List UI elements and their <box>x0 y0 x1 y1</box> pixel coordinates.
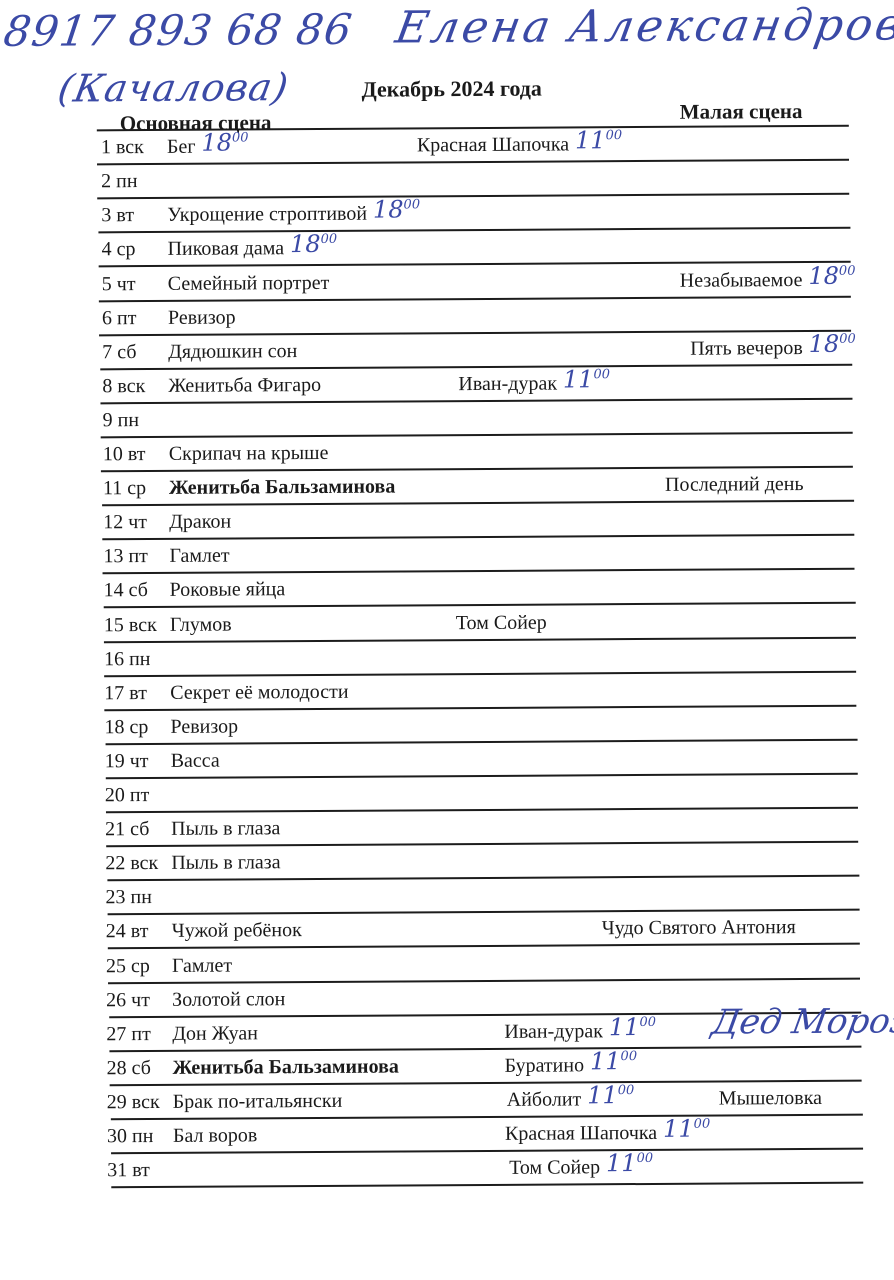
handwritten-maiden-name: (Качалова) <box>55 65 292 110</box>
day-label: 15 вск <box>104 613 157 636</box>
table-row: 22 вскПыль в глаза <box>105 843 865 878</box>
handwritten-time: 1800 <box>808 261 855 289</box>
main-stage-show: Ревизор <box>168 306 236 329</box>
handwritten-name: Елена Александровна <box>392 0 894 54</box>
main-stage-show: Бег1800 <box>167 130 249 158</box>
day-label: 13 пт <box>103 545 148 568</box>
handwritten-time: 1100 <box>609 1013 656 1041</box>
handwritten-time: 1100 <box>575 126 622 154</box>
day-label: 12 чт <box>103 511 147 534</box>
table-row: 30 пнБал воровКрасная Шапочка1100 <box>107 1116 867 1151</box>
small-stage-show: Иван-дурак1100 <box>504 1015 656 1044</box>
main-stage-show: Чужой ребёнок <box>172 919 302 943</box>
table-row: 20 пт <box>105 775 865 810</box>
small-stage-show-extra: Мышеловка <box>719 1087 822 1111</box>
day-label: 11 ср <box>103 477 146 500</box>
table-row: 11 срЖенитьба БальзаминоваПоследний день <box>103 468 863 503</box>
table-row: 1 вскБег1800Красная Шапочка1100 <box>101 127 861 162</box>
table-row: 21 сбПыль в глаза <box>105 809 865 844</box>
day-label: 8 вск <box>102 375 145 398</box>
day-label: 27 пт <box>106 1023 151 1046</box>
main-stage-show: Брак по-итальянски <box>173 1090 343 1114</box>
table-row: 4 срПиковая дама1800 <box>101 229 861 264</box>
main-stage-show: Гамлет <box>169 545 229 568</box>
table-row: 19 чтВасса <box>105 741 865 776</box>
table-row: 9 пн <box>102 400 862 435</box>
table-row: 24 втЧужой ребёнокЧудо Святого Антония <box>106 911 866 946</box>
day-label: 29 вск <box>107 1091 160 1114</box>
handwritten-time: 1800 <box>201 128 248 156</box>
handwritten-phone: 8917 893 68 86 <box>1 5 356 56</box>
small-stage-show: Красная Шапочка1100 <box>505 1117 710 1146</box>
day-label: 4 ср <box>101 238 135 261</box>
day-label: 23 пн <box>105 886 152 909</box>
handwritten-time: 1100 <box>587 1081 634 1109</box>
day-label: 20 пт <box>105 784 150 807</box>
main-stage-show: Ревизор <box>170 715 238 738</box>
table-row: 7 сбДядюшкин сонПять вечеров1800 <box>102 331 862 366</box>
handwritten-time: 1100 <box>590 1047 637 1075</box>
day-label: 9 пн <box>103 409 140 432</box>
day-label: 30 пн <box>107 1125 154 1148</box>
table-row: 8 вскЖенитьба ФигароИван-дурак1100 <box>102 365 862 400</box>
small-stage-show: Красная Шапочка1100 <box>417 128 622 157</box>
main-stage-show: Укрощение строптивой1800 <box>167 198 420 228</box>
day-label: 26 чт <box>106 989 150 1012</box>
table-row: 10 втСкрипач на крыше <box>103 434 863 469</box>
table-row: 28 сбЖенитьба БальзаминоваБуратино1100 <box>106 1047 866 1082</box>
day-label: 6 пт <box>102 307 137 330</box>
main-stage-show: Семейный портрет <box>168 271 330 295</box>
column-header-small-stage: Малая сцена <box>680 99 803 125</box>
handwritten-note: Дед Мороз <box>709 1001 894 1042</box>
day-label: 2 пн <box>101 170 138 193</box>
table-row: 3 втУкрощение строптивой1800 <box>101 195 861 230</box>
main-stage-show: Дон Жуан <box>172 1022 258 1046</box>
main-stage-show: Пыль в глаза <box>171 817 280 841</box>
schedule-sheet: 8917 893 68 86 Елена Александровна (Кача… <box>0 0 894 1280</box>
main-stage-show: Секрет её молодости <box>170 680 348 704</box>
main-stage-show: Скрипач на крыше <box>169 442 329 466</box>
main-stage-show: Роковые яйца <box>170 579 286 603</box>
handwritten-time: 1800 <box>809 329 856 357</box>
day-label: 16 пн <box>104 648 151 671</box>
day-label: 10 вт <box>103 443 146 466</box>
day-label: 1 вск <box>101 136 144 159</box>
small-stage-show: Иван-дурак1100 <box>458 367 610 396</box>
small-stage-show: Айболит1100 <box>507 1083 635 1112</box>
main-stage-show: Бал воров <box>173 1124 257 1148</box>
main-stage-show: Женитьба Бальзаминова <box>169 476 395 500</box>
small-stage-show: Последний день <box>665 473 804 497</box>
handwritten-time: 1800 <box>290 230 337 258</box>
day-label: 18 ср <box>104 716 148 739</box>
small-stage-show: Том Сойер <box>456 611 547 635</box>
day-label: 3 вт <box>101 204 134 227</box>
main-stage-show: Пыль в глаза <box>171 851 280 875</box>
main-stage-show: Дракон <box>169 511 231 534</box>
day-label: 25 ср <box>106 955 150 978</box>
small-stage-show: Пять вечеров1800 <box>690 331 856 360</box>
day-label: 28 сб <box>106 1057 150 1080</box>
table-row: 23 пн <box>105 877 865 912</box>
main-stage-show: Васса <box>171 749 220 772</box>
day-label: 22 вск <box>105 852 158 875</box>
day-label: 14 сб <box>104 579 148 602</box>
handwritten-time: 1100 <box>663 1115 710 1143</box>
main-stage-show: Дядюшкин сон <box>168 340 297 364</box>
table-row: 17 втСекрет её молодости <box>104 672 864 707</box>
main-stage-show: Золотой слон <box>172 988 285 1012</box>
table-row: 2 пн <box>101 161 861 196</box>
main-stage-show: Гамлет <box>172 954 232 977</box>
table-row: 12 чтДракон <box>103 502 863 537</box>
small-stage-show: Чудо Святого Антония <box>602 916 796 940</box>
main-stage-show: Пиковая дама1800 <box>167 232 337 261</box>
main-stage-show: Женитьба Бальзаминова <box>172 1055 398 1079</box>
day-label: 21 сб <box>105 818 149 841</box>
day-label: 17 вт <box>104 682 147 705</box>
table-row: 25 срГамлет <box>106 945 866 980</box>
table-row: 13 птГамлет <box>103 536 863 571</box>
small-stage-show: Буратино1100 <box>504 1049 637 1078</box>
day-label: 5 чт <box>102 273 136 296</box>
table-row: 29 вскБрак по-итальянскиАйболит1100Мышел… <box>107 1082 867 1117</box>
table-row: 31 втТом Сойер1100 <box>107 1150 867 1185</box>
main-stage-show: Глумов <box>170 613 232 636</box>
small-stage-show: Незабываемое1800 <box>680 263 856 292</box>
day-label: 7 сб <box>102 341 136 364</box>
handwritten-time: 1100 <box>563 365 610 393</box>
table-row: 18 срРевизор <box>104 706 864 741</box>
handwritten-time: 1100 <box>606 1149 653 1177</box>
day-label: 19 чт <box>105 750 149 773</box>
table-row: 5 чтСемейный портретНезабываемое1800 <box>102 263 862 298</box>
day-label: 24 вт <box>106 920 149 943</box>
handwritten-time: 1800 <box>373 196 420 224</box>
table-row: 14 сбРоковые яйца <box>104 570 864 605</box>
main-stage-show: Женитьба Фигаро <box>168 374 321 398</box>
table-row: 16 пн <box>104 638 864 673</box>
table-row: 15 вскГлумовТом Сойер <box>104 604 864 639</box>
day-label: 31 вт <box>107 1159 150 1182</box>
small-stage-show: Том Сойер1100 <box>509 1151 653 1180</box>
page-title: Декабрь 2024 года <box>361 76 541 103</box>
table-row: 6 птРевизор <box>102 297 862 332</box>
